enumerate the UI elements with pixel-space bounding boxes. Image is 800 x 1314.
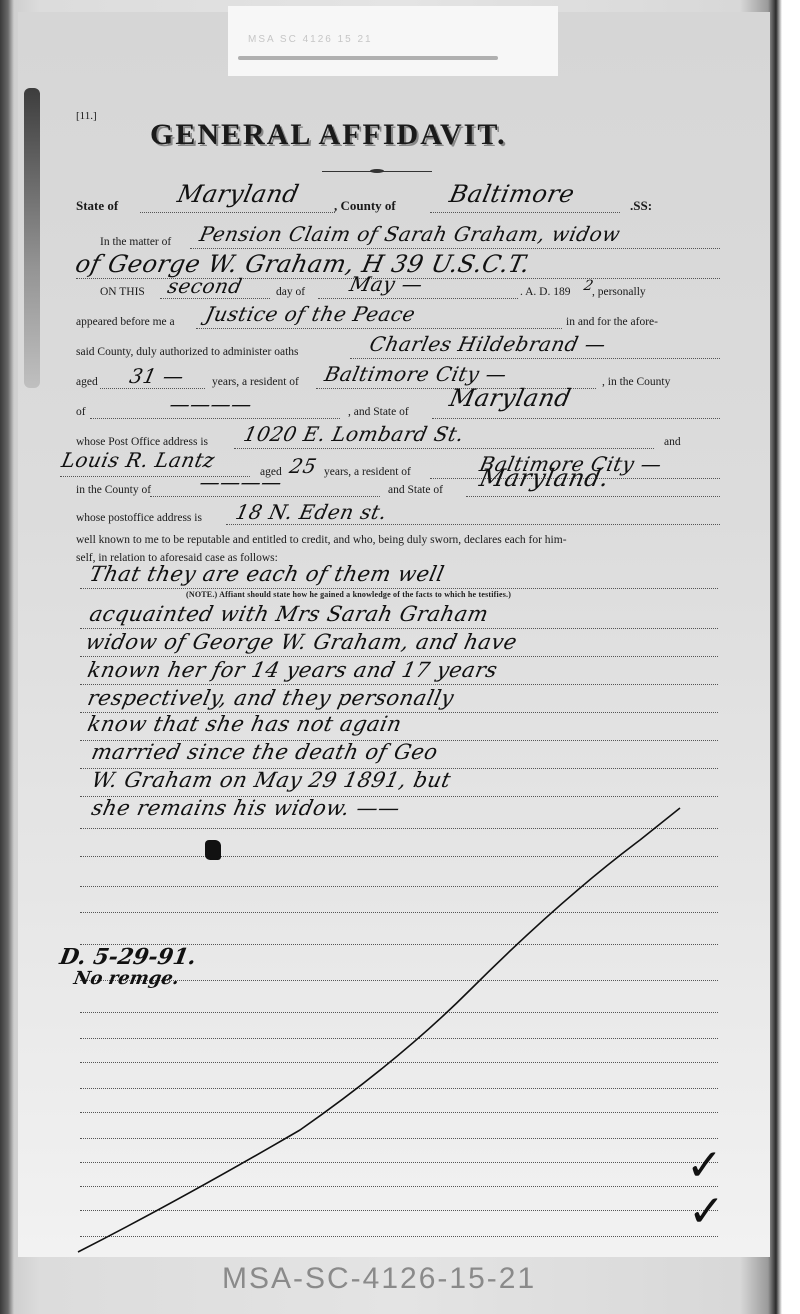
archive-number: MSA-SC-4126-15-21 [222,1262,536,1296]
checkmark-icon: ✓ [688,1186,725,1237]
cancel-stroke [0,0,800,1314]
margin-note-date: D. 5-29-91. [58,944,199,970]
checkmark-icon: ✓ [686,1140,723,1191]
margin-note-remarriage: No remge. [72,968,181,989]
